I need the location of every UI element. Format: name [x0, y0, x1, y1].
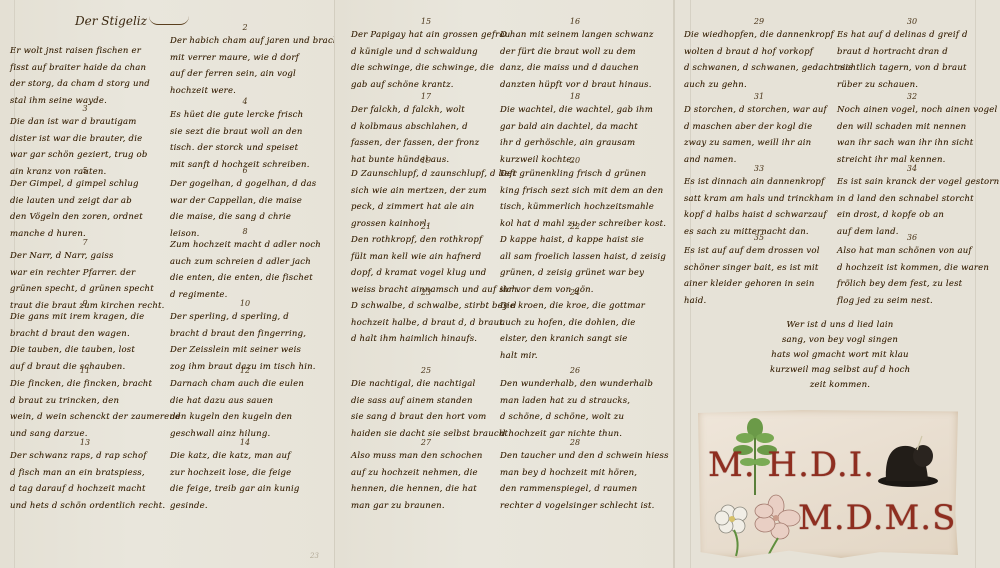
stanza: Er wolt jnst raisen fischen erfisst auf …	[10, 32, 160, 109]
stanza-line: die maise, die sang d chrie	[170, 209, 320, 226]
label-initials-row-2: M.D.M.S.	[798, 498, 967, 538]
stanza: 23D schwalbe, d schwalbe, stirbt bey dho…	[351, 287, 501, 348]
stanza-line: flog jed zu seim nest.	[837, 293, 987, 310]
colophon-line: kurzweil mag selbst auf d hoch	[770, 363, 910, 378]
stanza-number: 21	[351, 221, 501, 232]
stanza: 29Die wiedhopfen, die dannenkropfwolten …	[684, 16, 834, 93]
stanza-number: 35	[684, 232, 834, 243]
stanza-line: bracht d braut den wagen.	[10, 326, 160, 343]
stanza-number: 23	[351, 287, 501, 298]
stanza: 16D han mit seinem langen schwanzder für…	[500, 16, 650, 93]
stanza: 35Es ist auf auf dem drossen volschöner …	[684, 232, 834, 309]
stanza-number: 15	[351, 16, 501, 27]
stanza-line: auch zum schreien d adler jach	[170, 254, 320, 271]
stanza-line: Den rothkropf, den rothkropf	[351, 232, 501, 249]
stanza-number: 24	[500, 287, 650, 298]
stanza-number: 33	[684, 163, 834, 174]
stanza-line: D Zaunschlupf, d zaunschlupf, d lieft	[351, 166, 501, 183]
stanza-line: war der Cappellan, die maise	[170, 193, 320, 210]
stanza: 33Es ist dinnach ain dannenkropfsatt kra…	[684, 163, 834, 240]
stanza-line: Der Narr, d Narr, gaiss	[10, 248, 160, 265]
stanza-line: halt mir.	[500, 348, 650, 365]
stanza-line: Den taucher und den d schwein hiess	[500, 448, 650, 465]
stanza-line: ainer kleider gehoren in sein	[684, 276, 834, 293]
stanza-line: die enten, die enten, die fischet	[170, 270, 320, 287]
colophon-line: zeit kommen.	[770, 378, 910, 393]
stanza-line: war ein rechter Pfarrer. der	[10, 265, 160, 282]
stanza-line: satt kram am hals und trinckham	[684, 191, 834, 208]
stanza-line: d tag darauf d hochzeit macht	[10, 481, 160, 498]
stanza-line: Die tauben, die tauben, lost	[10, 342, 160, 359]
stanza-line: schöner singer bait, es ist mit	[684, 260, 834, 277]
stanza-line: gesinde.	[170, 498, 320, 515]
stanza-line: man bey d hochzeit mit hören,	[500, 465, 650, 482]
stanza-line: nichtlich tagern, von d braut	[837, 60, 987, 77]
manuscript-spread: Der Stigeliz Er wolt jnst raisen fischen…	[0, 0, 1000, 568]
stanza: 31D storchen, d storchen, war aufd masch…	[684, 91, 834, 168]
stanza-number: 28	[500, 437, 650, 448]
stanza: 2Der habich cham auf jaren und brachtmit…	[170, 22, 320, 99]
page-1: Der Stigeliz Er wolt jnst raisen fischen…	[0, 0, 335, 568]
stanza-number: 34	[837, 163, 987, 174]
stanza-line: d maschen aber der kogl die	[684, 119, 834, 136]
stanza-number: 31	[684, 91, 834, 102]
stanza-line: dister ist war die brauter, die	[10, 131, 160, 148]
stanza-line: Die wiedhopfen, die dannenkropf	[684, 27, 834, 44]
stanza-number: 17	[351, 91, 501, 102]
stanza-number: 2	[170, 22, 320, 33]
stanza-line: Der Gimpel, d gimpel schlug	[10, 176, 160, 193]
stanza-number: 30	[837, 16, 987, 27]
stanza-line: frölich bey dem fest, zu lest	[837, 276, 987, 293]
stanza-number: 20	[500, 155, 650, 166]
stanza-line: Die kroen, die kroe, die gottmar	[500, 298, 650, 315]
stanza-line: tisch. der storck und speiset	[170, 140, 320, 157]
stanza-line: Er wolt jnst raisen fischen er	[10, 43, 160, 60]
stanza: 14Die katz, die katz, man aufzur hochzei…	[170, 437, 320, 514]
stanza-line: Der falckh, d falckh, wolt	[351, 102, 501, 119]
stanza-line: fassen, der fassen, der fronz	[351, 135, 501, 152]
stanza-line: Noch ainen vogel, noch ainen vogel	[837, 102, 987, 119]
stanza-line: d halt ihm haimlich hinaufs.	[351, 331, 501, 348]
stanza: 4Es hüet die gute lercke frischsie sezt …	[170, 96, 320, 173]
stanza-line: Die wachtel, die wachtel, gab ihm	[500, 102, 650, 119]
stanza-line: peck, d zimmert hat ale ain	[351, 199, 501, 216]
stanza: 25Die nachtigal, die nachtigaldie sass a…	[351, 365, 501, 442]
stanza-line: Die fincken, die fincken, bracht	[10, 376, 160, 393]
stanza-line: Die gans mit irem kragen, die	[10, 309, 160, 326]
stanza-line: king frisch sezt sich mit dem an den	[500, 183, 650, 200]
stanza: 32Noch ainen vogel, noch ainen vogelden …	[837, 91, 987, 168]
stanza-number: 18	[500, 91, 650, 102]
stanza: 30Es hat auf d delinas d greif dbraut d …	[837, 16, 987, 93]
stanza-line: haid.	[684, 293, 834, 310]
stanza-line: d künigle und d schwaldung	[351, 44, 501, 61]
stanza-number: 32	[837, 91, 987, 102]
stanza: 13Der schwanz raps, d rap schofd fisch m…	[10, 437, 160, 514]
stanza-line: Die dan ist war d brautigam	[10, 114, 160, 131]
stanza: 11Die fincken, die fincken, brachtd brau…	[10, 365, 160, 442]
stanza-line: sie sang d braut den hort vom	[351, 409, 501, 426]
stanza-line: rechter d vogelsinger schlecht ist.	[500, 498, 650, 515]
stanza-number: 12	[170, 365, 320, 376]
stanza-line: den will schaden mit nennen	[837, 119, 987, 136]
stanza-line: danz, die maiss und d dauchen	[500, 60, 650, 77]
stanza-line: grünen specht, d grünen specht	[10, 281, 160, 298]
stanza-number: 25	[351, 365, 501, 376]
stanza: 34Es ist sain kranck der vogel gestornin…	[837, 163, 987, 240]
stanza-number: 16	[500, 16, 650, 27]
stanza-line: wein, d wein schenckt der zaumerend	[10, 409, 160, 426]
stanza-line: d braut zu trincken, den	[10, 393, 160, 410]
stanza-number: 14	[170, 437, 320, 448]
stanza-line: elster, den kranich sangt sie	[500, 331, 650, 348]
stanza-line: Der grünenkling frisch d grünen	[500, 166, 650, 183]
stanza-number: 5	[10, 165, 160, 176]
stanza-number: 4	[170, 96, 320, 107]
stanza-line: ihr d gerhöschle, ain grausam	[500, 135, 650, 152]
stanza: 26Den wunderhalb, den wunderhalbman lade…	[500, 365, 650, 442]
stanza-line: Es ist dinnach ain dannenkropf	[684, 174, 834, 191]
stanza-line: zway zu samen, weill ihr ain	[684, 135, 834, 152]
stanza-line: gar bald ain dachtel, da macht	[500, 119, 650, 136]
white-flower-icon	[715, 505, 747, 556]
stanza-line: fisst auf braiter haide da chan	[10, 60, 160, 77]
stanza-line: D kappe haist, d kappe haist sie	[500, 232, 650, 249]
stanza-line: Die nachtigal, die nachtigal	[351, 376, 501, 393]
stanza: 28Den taucher und den d schwein hiessman…	[500, 437, 650, 514]
stanza-number: 13	[10, 437, 160, 448]
stanza-line: d kolbmaus abschlahen, d	[351, 119, 501, 136]
stanza: 24Die kroen, die kroe, die gottmarauch z…	[500, 287, 650, 364]
stanza-number: 10	[170, 298, 320, 309]
stanza-number: 9	[10, 298, 160, 309]
stanza-line: Also hat man schönen von auf	[837, 243, 987, 260]
stanza-line: Der Papigay hat ain grossen gefrau	[351, 27, 501, 44]
stanza-number: 36	[837, 232, 987, 243]
stanza-line: Zum hochzeit macht d adler noch	[170, 237, 320, 254]
stanza-line: D schwalbe, d schwalbe, stirbt bey d	[351, 298, 501, 315]
stanza-line: Es ist auf auf dem drossen vol	[684, 243, 834, 260]
stanza-line: kopf d halbs haist d schwarzauf	[684, 207, 834, 224]
stanza-line: auf der ferren sein, ain vogl	[170, 66, 320, 83]
stanza-line: man laden hat zu d straucks,	[500, 393, 650, 410]
stanza: 8Zum hochzeit macht d adler nochauch zum…	[170, 226, 320, 303]
stanza-number: 27	[351, 437, 501, 448]
colophon: Wer ist d uns d lied lain sang, von bey …	[770, 318, 910, 393]
stanza: 27Also muss man den schochenauf zu hochz…	[351, 437, 501, 514]
stanza-line: d hochzeit ist kommen, die waren	[837, 260, 987, 277]
stanza-line: in d land den schnabel storcht	[837, 191, 987, 208]
stanza: 36Also hat man schönen von aufd hochzeit…	[837, 232, 987, 309]
stanza: 5Der Gimpel, d gimpel schlugdie lauten u…	[10, 165, 160, 242]
colophon-line: hats wol gmacht wort mit klau	[770, 348, 910, 363]
stanza-line: ein drost, d kopfe ob an	[837, 207, 987, 224]
colophon-line: sang, von bey vogl singen	[770, 333, 910, 348]
stanza-number	[10, 32, 160, 43]
stanza-line: und hets d schön ordentlich recht.	[10, 498, 160, 515]
stanza-line: die hat dazu aus sauen	[170, 393, 320, 410]
stanza-line: den kugeln den kugeln den	[170, 409, 320, 426]
stanza-line: der fürt die braut woll zu dem	[500, 44, 650, 61]
stanza-number: 8	[170, 226, 320, 237]
stanza-line: auch zu hofen, die dohlen, die	[500, 315, 650, 332]
stanza-line: braut d hortracht dran d	[837, 44, 987, 61]
stanza: 15Der Papigay hat ain grossen gefraud kü…	[351, 16, 501, 93]
stanza-line: d schöne, d schöne, wolt zu	[500, 409, 650, 426]
stanza-number: 22	[500, 221, 650, 232]
stanza-line: Es ist sain kranck der vogel gestorn	[837, 174, 987, 191]
stanza-line: die lauten und zeigt dar ab	[10, 193, 160, 210]
page-2: 15Der Papigay hat ain grossen gefraud kü…	[335, 0, 674, 568]
black-feathered-hat-icon	[878, 436, 938, 487]
stanza-line: fült man kell wie ain hafnerd	[351, 249, 501, 266]
stanza-line: hennen, die hennen, die hat	[351, 481, 501, 498]
stanza-line: d fisch man an ein bratspiess,	[10, 465, 160, 482]
stanza-line: Also muss man den schochen	[351, 448, 501, 465]
stanza-line: Es hat auf d delinas d greif d	[837, 27, 987, 44]
stanza-line: Der schwanz raps, d rap schof	[10, 448, 160, 465]
stanza-line: Darnach cham auch die eulen	[170, 376, 320, 393]
stanza-line: D storchen, d storchen, war auf	[684, 102, 834, 119]
stanza-line: sich wie ain mertzen, der zum	[351, 183, 501, 200]
stanza-line: tisch, kümmerlich hochzeitsmahle	[500, 199, 650, 216]
stanza-line: Den wunderhalb, den wunderhalb	[500, 376, 650, 393]
stanza-line: die sass auf ainem standen	[351, 393, 501, 410]
stanza-line: Der Zeisslein mit seiner weis	[170, 342, 320, 359]
stanza-line: all sam froelich lassen haist, d zeisig	[500, 249, 650, 266]
stanza-line: den rammenspiegel, d raumen	[500, 481, 650, 498]
stanza-line: mit verrer maure, wie d dorf	[170, 50, 320, 67]
stanza: 12Darnach cham auch die eulendie hat daz…	[170, 365, 320, 442]
stanza-line: der storg, da cham d storg und	[10, 76, 160, 93]
stanza-number: 6	[170, 165, 320, 176]
stanza-line: hochzeit halbe, d braut d, d braut	[351, 315, 501, 332]
stanza-line: bracht d braut den fingerring,	[170, 326, 320, 343]
stanza-line: man gar zu braunen.	[351, 498, 501, 515]
stanza-line: Der sperling, d sperling, d	[170, 309, 320, 326]
colophon-line: Wer ist d uns d lied lain	[770, 318, 910, 333]
stanza-line: die schwinge, die schwinge, die	[351, 60, 501, 77]
stanza-line: d schwanen, d schwanen, gedacht sie	[684, 60, 834, 77]
pink-flower-icon	[755, 495, 800, 556]
stanza-number: 29	[684, 16, 834, 27]
stanza-line: dopf, d kramat vogel klug und	[351, 265, 501, 282]
stanza-number: 26	[500, 365, 650, 376]
stanza: 10Der sperling, d sperling, dbracht d br…	[170, 298, 320, 375]
stanza-line: Die katz, die katz, man auf	[170, 448, 320, 465]
stanza-line: sie sezt die braut woll an den	[170, 124, 320, 141]
stanza-line: Der habich cham auf jaren und bracht	[170, 33, 320, 50]
folio-mark: 23	[310, 552, 319, 560]
label-initials-row-1: M. H.D.I.	[708, 445, 875, 485]
stanza-line: die feige, treib gar ain kunig	[170, 481, 320, 498]
stanza-line: den Vögeln den zoren, ordnet	[10, 209, 160, 226]
stanza-line: D han mit seinem langen schwanz	[500, 27, 650, 44]
stanza-line: wolten d braut d hof vorkopf	[684, 44, 834, 61]
stanza-line: wan ihr sach wan ihr ihn sicht	[837, 135, 987, 152]
stanza-line: grünen, d zeisig grünet war bey	[500, 265, 650, 282]
stanza-number: 3	[10, 103, 160, 114]
stanza-line: auf zu hochzeit nehmen, die	[351, 465, 501, 482]
stanza-line: war gar schön geziert, trug ob	[10, 147, 160, 164]
stanza-number: 19	[351, 155, 501, 166]
illuminated-label: M. H.D.I. M.D.M.S.	[698, 410, 958, 558]
stanza: 9Die gans mit irem kragen, diebracht d b…	[10, 298, 160, 375]
stanza-line: Es hüet die gute lercke frisch	[170, 107, 320, 124]
stanza-line: Der gogelhan, d gogelhan, d das	[170, 176, 320, 193]
stanza-number: 7	[10, 237, 160, 248]
stanza-number: 11	[10, 365, 160, 376]
stanza-line: zur hochzeit lose, die feige	[170, 465, 320, 482]
